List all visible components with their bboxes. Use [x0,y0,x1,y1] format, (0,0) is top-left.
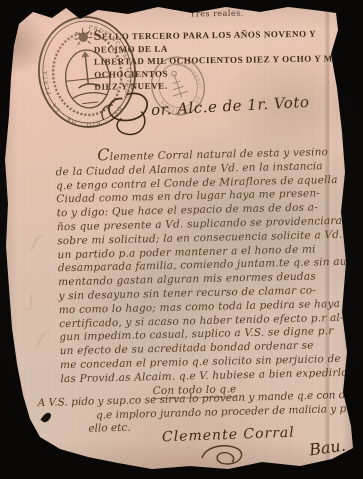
manuscript-paper: Tres reales. SELLO TERCERO PARA LOS AÑOS… [0,0,363,479]
manuscript-body: Clemente Corral natural de esta y vesino… [55,143,351,402]
bleedthrough-mark: j [27,290,35,312]
photo-backdrop: Tres reales. SELLO TERCERO PARA LOS AÑOS… [0,0,363,479]
fee-note: Tres reales. [190,9,244,19]
bleedthrough-mark: f [30,232,41,254]
signature-rubric-icon [196,441,250,469]
corner-signature: Bau. [308,436,347,460]
bleedthrough-mark: f [35,327,47,349]
flourished-initial-icon [96,87,157,142]
